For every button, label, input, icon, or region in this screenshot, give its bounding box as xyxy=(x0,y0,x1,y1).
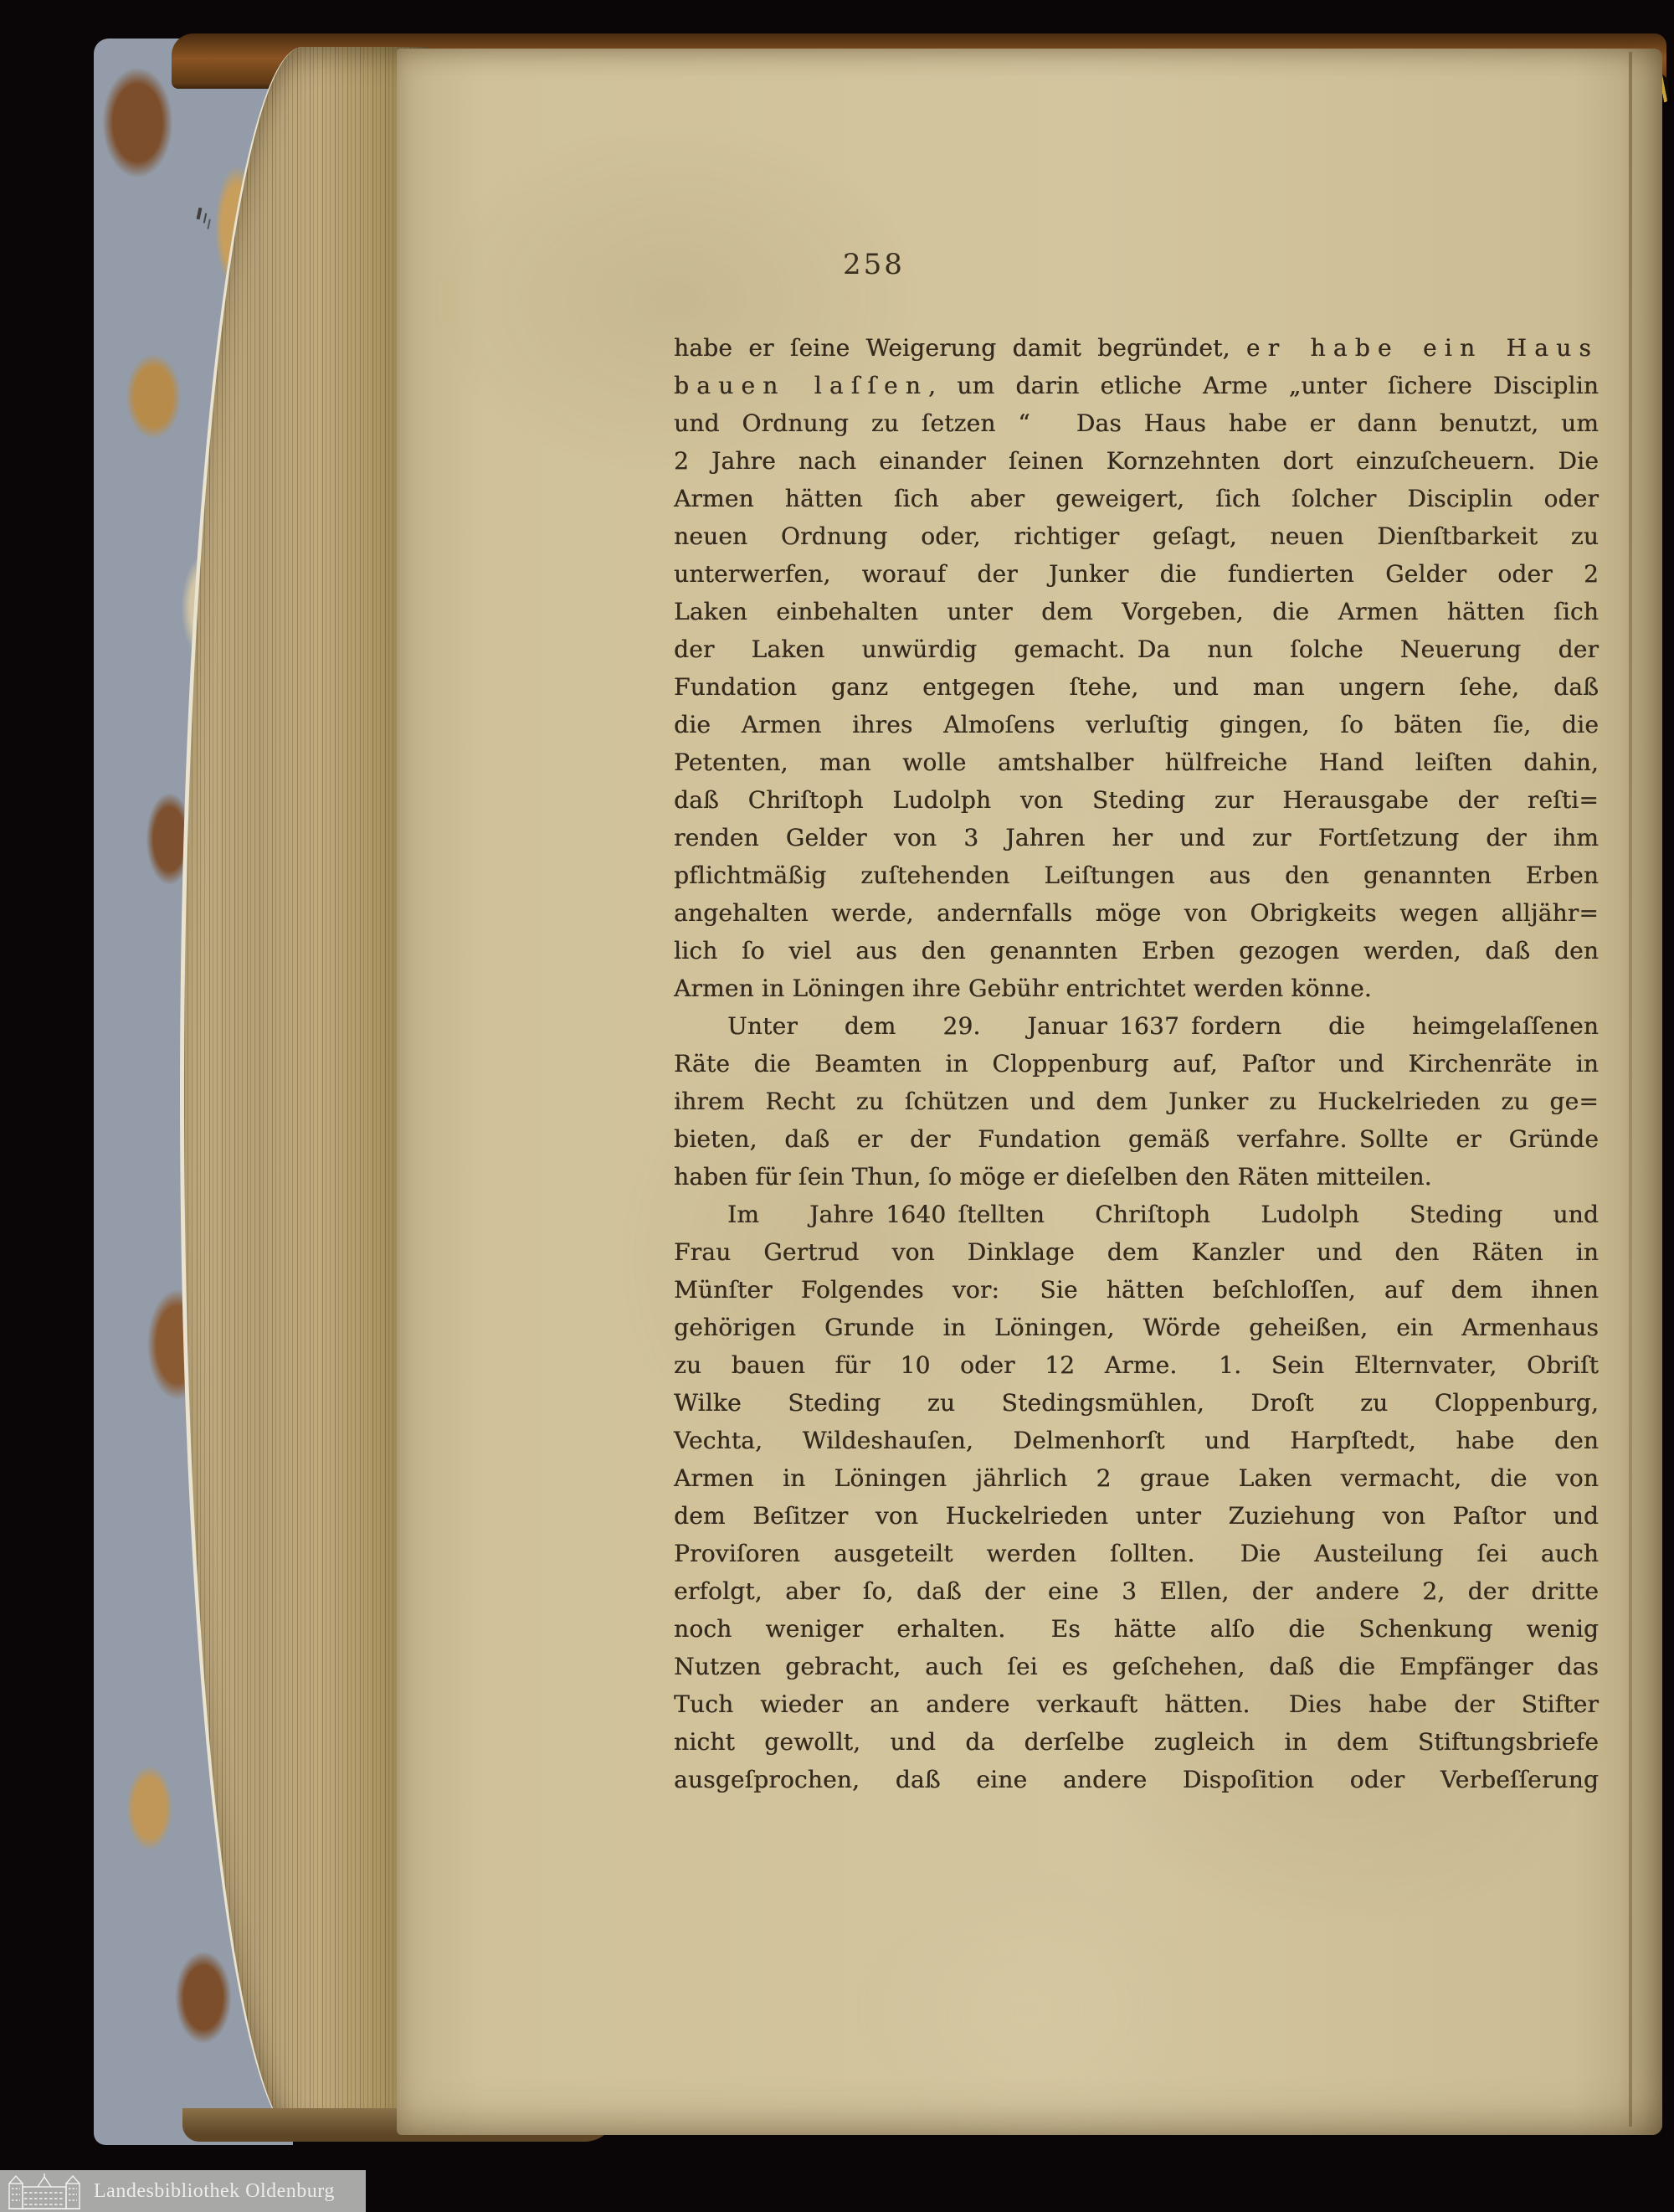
text-segment: unterwerfen, worauf der Junker die fundi… xyxy=(674,560,1599,588)
text-segment: Frau Gertrud von Dinklage dem Kanzler un… xyxy=(674,1238,1599,1266)
text-segment: erfolgt, aber ſo, daß der eine 3 Ellen, … xyxy=(674,1577,1599,1605)
text-segment: zu bauen für 10 oder 12 Arme. 1. Sein El… xyxy=(674,1351,1599,1379)
text-line: und Ordnung zu ſetzen “ Das Haus habe er… xyxy=(674,404,1599,442)
text-line: der Laken unwürdig gemacht. Da nun ſolch… xyxy=(674,630,1599,668)
text-segment: Armen hätten ſich aber geweigert, ſich ſ… xyxy=(674,485,1599,512)
text-line: Tuch wieder an andere verkauft hätten. D… xyxy=(674,1685,1599,1723)
text-segment: noch weniger erhalten. Es hätte alſo die… xyxy=(674,1615,1599,1643)
text-line: Vechta, Wildeshauſen, Delmenhorſt und Ha… xyxy=(674,1422,1599,1459)
text-line: gehörigen Grunde in Löningen, Wörde gehe… xyxy=(674,1309,1599,1346)
text-segment: angehalten werde, andernfalls möge von O… xyxy=(674,899,1599,927)
text-segment: die Armen ihres Almoſens verluſtig ginge… xyxy=(674,711,1599,738)
text-line: die Armen ihres Almoſens verluſtig ginge… xyxy=(674,706,1599,743)
text-line: bauen laſſen, um darin etliche Arme „unt… xyxy=(674,367,1599,404)
text-line: neuen Ordnung oder, richtiger geſagt, ne… xyxy=(674,517,1599,555)
text-segment: Armen in Löningen jährlich 2 graue Laken… xyxy=(674,1464,1599,1492)
text-segment: und Ordnung zu ſetzen “ Das Haus habe er… xyxy=(674,409,1599,437)
text-line: renden Gelder von 3 Jahren her und zur F… xyxy=(674,819,1599,857)
text-segment: 2 Jahre nach einander ſeinen Kornzehnten… xyxy=(674,447,1599,475)
text-segment: der Laken unwürdig gemacht. Da nun ſolch… xyxy=(674,635,1599,663)
text-line: erfolgt, aber ſo, daß der eine 3 Ellen, … xyxy=(674,1572,1599,1610)
letterspaced-text: er habe ein Haus xyxy=(1246,334,1599,362)
text-line: lich ſo viel aus den genannten Erben gez… xyxy=(674,932,1599,970)
text-line: 2 Jahre nach einander ſeinen Kornzehnten… xyxy=(674,442,1599,480)
text-line: unterwerfen, worauf der Junker die fundi… xyxy=(674,555,1599,593)
text-line: bieten, daß er der Fundation gemäß verfa… xyxy=(674,1120,1599,1158)
text-line: Frau Gertrud von Dinklage dem Kanzler un… xyxy=(674,1233,1599,1271)
library-building-icon xyxy=(7,2172,82,2210)
page-edge-crease xyxy=(1629,52,1632,2127)
text-segment: ihrem Recht zu ſchützen und dem Junker z… xyxy=(674,1088,1599,1115)
text-segment: Laken einbehalten unter dem Vorgeben, di… xyxy=(674,598,1599,625)
text-segment: Petenten, man wolle amtshalber hülfreich… xyxy=(674,748,1599,776)
text-line: Armen in Löningen jährlich 2 graue Laken… xyxy=(674,1459,1599,1497)
text-line: Laken einbehalten unter dem Vorgeben, di… xyxy=(674,593,1599,630)
text-segment: haben für ſein Thun, ſo möge er dieſelbe… xyxy=(674,1163,1432,1191)
letterspaced-text: bauen laſſen xyxy=(674,372,928,399)
text-line: nicht gewollt, und da derſelbe zugleich … xyxy=(674,1723,1599,1761)
text-line: dem Beſitzer von Huckelrieden unter Zuzi… xyxy=(674,1497,1599,1535)
text-line: Proviſoren ausgeteilt werden ſollten. Di… xyxy=(674,1535,1599,1572)
text-segment: Proviſoren ausgeteilt werden ſollten. Di… xyxy=(674,1540,1599,1567)
text-segment: dem Beſitzer von Huckelrieden unter Zuzi… xyxy=(674,1502,1599,1530)
text-line: Wilke Steding zu Stedingsmühlen, Droſt z… xyxy=(674,1384,1599,1422)
text-segment: bieten, daß er der Fundation gemäß verfa… xyxy=(674,1125,1599,1153)
text-line: Räte die Beamten in Cloppenburg auf, Paſ… xyxy=(674,1045,1599,1083)
text-line: Im Jahre 1640 ſtellten Chriſtoph Ludolph… xyxy=(674,1196,1599,1233)
text-segment: neuen Ordnung oder, richtiger geſagt, ne… xyxy=(674,522,1599,550)
text-line: haben für ſein Thun, ſo möge er dieſelbe… xyxy=(674,1158,1599,1196)
text-line: daß Chriſtoph Ludolph von Steding zur He… xyxy=(674,781,1599,819)
text-line: angehalten werde, andernfalls möge von O… xyxy=(674,894,1599,932)
text-segment: Unter dem 29. Januar 1637 fordern die he… xyxy=(727,1012,1599,1040)
text-segment: gehörigen Grunde in Löningen, Wörde gehe… xyxy=(674,1314,1599,1341)
text-segment: daß Chriſtoph Ludolph von Steding zur He… xyxy=(674,786,1599,814)
text-segment: ausgeſprochen, daß eine andere Dispoſiti… xyxy=(674,1766,1599,1793)
text-segment: pflichtmäßig zuſtehenden Leiſtungen aus … xyxy=(674,862,1599,889)
text-segment: renden Gelder von 3 Jahren her und zur F… xyxy=(674,824,1599,851)
text-line: Fundation ganz entgegen ſtehe, und man u… xyxy=(674,668,1599,706)
text-segment: Wilke Steding zu Stedingsmühlen, Droſt z… xyxy=(674,1389,1599,1417)
text-segment: habe er ſeine Weigerung damit begründet, xyxy=(674,334,1246,362)
text-line: Armen in Löningen ihre Gebühr entrichtet… xyxy=(674,970,1599,1007)
text-line: Petenten, man wolle amtshalber hülfreich… xyxy=(674,743,1599,781)
page-edge-stack xyxy=(180,47,429,2142)
text-line: Nutzen gebracht, auch ſei es geſchehen, … xyxy=(674,1648,1599,1685)
text-segment: Tuch wieder an andere verkauft hätten. D… xyxy=(674,1690,1599,1718)
text-line: Münſter Folgendes vor: Sie hätten beſchl… xyxy=(674,1271,1599,1309)
watermark-bar: Landesbibliothek Oldenburg xyxy=(0,2170,366,2212)
text-line: habe er ſeine Weigerung damit begründet,… xyxy=(674,329,1599,367)
text-line: noch weniger erhalten. Es hätte alſo die… xyxy=(674,1610,1599,1648)
text-segment: , um darin etliche Arme „unter ſichere D… xyxy=(928,372,1599,399)
page-text: habe er ſeine Weigerung damit begründet,… xyxy=(674,329,1599,1798)
watermark-label: Landesbibliothek Oldenburg xyxy=(94,2180,335,2203)
book-scan-photo: 258 habe er ſeine Weigerung damit begrün… xyxy=(0,0,1674,2212)
text-line: Armen hätten ſich aber geweigert, ſich ſ… xyxy=(674,480,1599,517)
text-segment: Armen in Löningen ihre Gebühr entrichtet… xyxy=(674,975,1372,1002)
text-segment: Vechta, Wildeshauſen, Delmenhorſt und Ha… xyxy=(674,1427,1599,1454)
text-line: ausgeſprochen, daß eine andere Dispoſiti… xyxy=(674,1761,1599,1798)
text-segment: Münſter Folgendes vor: Sie hätten beſchl… xyxy=(674,1276,1599,1304)
text-segment: lich ſo viel aus den genannten Erben gez… xyxy=(674,937,1599,965)
page-number: 258 xyxy=(837,248,911,281)
text-segment: Fundation ganz entgegen ſtehe, und man u… xyxy=(674,673,1599,701)
text-line: ihrem Recht zu ſchützen und dem Junker z… xyxy=(674,1083,1599,1120)
text-line: pflichtmäßig zuſtehenden Leiſtungen aus … xyxy=(674,857,1599,894)
text-line: zu bauen für 10 oder 12 Arme. 1. Sein El… xyxy=(674,1346,1599,1384)
text-line: Unter dem 29. Januar 1637 fordern die he… xyxy=(674,1007,1599,1045)
text-segment: Nutzen gebracht, auch ſei es geſchehen, … xyxy=(674,1653,1599,1680)
text-segment: Im Jahre 1640 ſtellten Chriſtoph Ludolph… xyxy=(727,1201,1599,1228)
text-segment: nicht gewollt, und da derſelbe zugleich … xyxy=(674,1728,1599,1756)
text-segment: Räte die Beamten in Cloppenburg auf, Paſ… xyxy=(674,1050,1599,1078)
